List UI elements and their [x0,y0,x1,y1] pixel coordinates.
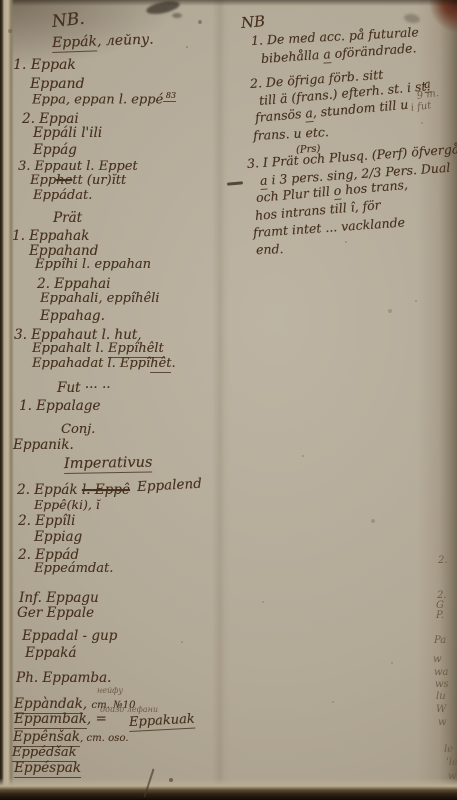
manuscript-line: Eppédšak [12,746,76,760]
manuscript-text: hêt [150,356,171,373]
manuscript-line: P. [436,611,444,622]
page-top-edge [0,0,457,6]
manuscript-text: oförändrade. [330,40,417,61]
manuscript-line: 3. Eppaut l. Eppet [18,160,138,174]
manuscript-line: NB. [51,11,85,32]
manuscript-text: , = [87,711,107,727]
manuscript-text: Ph. Eppamba. [16,670,111,686]
manuscript-line: Epphett (ur)ĭtt [30,174,126,188]
manuscript-text: l. Eppê [82,482,130,498]
manuscript-line: 1. Eppak [13,58,76,73]
manuscript-text: 1. Eppalage [19,398,100,414]
manuscript-line: 2. Eppahai [37,277,110,291]
manuscript-text: доизо лефани [100,705,158,714]
manuscript-line: Eppák, лейпу. [52,32,154,50]
manuscript-line: Ph. Eppamba. [16,671,111,685]
center-fold [212,0,230,800]
manuscript-text: Fut ··· ·· [57,380,111,396]
manuscript-text: NB [240,12,266,32]
manuscript-line: 2. [438,556,448,567]
manuscript-text: Eppahalt l. [32,341,108,356]
manuscript-text: Eppahadat l. Eppî [32,356,150,371]
manuscript-line: 1. Eppahak [12,229,89,243]
manuscript-text: Ger Eppale [17,605,94,621]
manuscript-text: 2. Eppîli [18,513,75,529]
manuscript-text: Prät [53,210,82,226]
manuscript-text: 1. Eppahak [12,228,89,244]
manuscript-text: Eppiag [34,529,82,545]
manuscript-line: Fut ··· ·· [57,381,111,395]
manuscript-text: Eppambak [14,711,87,729]
manuscript-line: Eppanik. [13,438,74,452]
manuscript-text: NB. [51,9,86,32]
paper-speckles [0,0,2,2]
manuscript-text: he [56,173,72,188]
manuscript-line: lu [436,692,446,703]
ink-smudge [145,0,181,16]
manuscript-text: lu [436,691,446,702]
manuscript-text: bibehålla [260,47,323,66]
manuscript-line: w [433,655,442,666]
manuscript-line: Eppahalt l. Eppîhêlt [32,342,164,356]
manuscript-line: Eppahag. [40,309,105,323]
manuscript-line: нейфу [97,687,123,695]
manuscript-text: Eppakuak [129,712,196,732]
manuscript-text: Eppê(ki), ĭ [34,497,100,512]
manuscript-text: ws [435,679,449,690]
manuscript-line: le [444,745,453,756]
manuscript-line: i fut [410,101,432,114]
manuscript-text: Eppalend [137,476,203,495]
manuscript-text: Eppîhi l. eppahan [35,257,151,272]
manuscript-line: Eppîhi l. eppahan [35,258,151,272]
manuscript-text: 2. Eppák [17,482,82,498]
manuscript-line: 'le [446,758,457,769]
manuscript-line: Eppênšak, cm. oso. [13,730,128,745]
manuscript-line: NB [240,14,265,32]
ink-smudge [403,13,420,25]
ink-dash [227,181,243,185]
corner-shadow-top-right [429,0,457,32]
manuscript-text: W [436,704,446,715]
manuscript-text: P. [436,610,444,621]
manuscript-text: tt (ur)ĭtt [72,173,126,188]
manuscript-text: Eppand [30,76,84,92]
manuscript-text: Eppadal - gup [22,628,117,644]
manuscript-text: Inf. Eppagu [19,590,99,606]
manuscript-photo: NB.Eppák, лейпу.1. EppakEppandEppa, eppa… [0,0,457,800]
manuscript-line: Eppiag [34,530,82,544]
manuscript-text: Pa [434,635,446,646]
manuscript-line: end. [256,242,284,256]
manuscript-line: Imperativus [64,455,153,472]
manuscript-text: 'le [446,757,457,768]
page-binding-edge [0,0,14,800]
page-bottom-edge [0,778,457,800]
manuscript-text: Eppéspak [14,760,81,778]
pen-stroke-tail [143,768,154,797]
manuscript-text: Eppádat. [33,188,92,203]
manuscript-text: 3. Eppaut l. Eppet [18,159,138,174]
manuscript-line: w [438,718,447,729]
manuscript-line: Eppádat. [33,189,92,203]
manuscript-text: wa [434,667,449,678]
manuscript-text: Eppág [33,142,77,158]
manuscript-line: Eppê(ki), ĭ [34,498,100,511]
manuscript-text: Eppaká [25,645,76,661]
manuscript-text: Eppahag. [40,308,105,324]
manuscript-line: Ger Eppale [17,606,94,620]
manuscript-line: Eppahadat l. Eppîhêt. [32,357,176,371]
manuscript-line: Eppadal - gup [22,629,117,643]
manuscript-line: frans. u etc. [253,125,329,142]
manuscript-line: 2. Eppák l. Eppê [17,483,130,497]
manuscript-text: w [438,717,447,728]
manuscript-text: , cm. oso. [80,733,129,744]
manuscript-line: Eppaká [25,646,76,660]
manuscript-text: Eppák [52,33,98,53]
manuscript-text: fransös [254,106,306,125]
manuscript-text: Eppáli l'ili [33,125,102,141]
manuscript-text: end. [256,241,284,257]
manuscript-text: 83 [163,91,176,102]
manuscript-line: Eppakuak [129,713,195,730]
manuscript-line: Eppeámdat. [34,562,113,576]
manuscript-line: Eppand [30,77,84,92]
manuscript-line: 1. Eppalage [19,399,100,413]
manuscript-line: ws [435,680,449,691]
manuscript-line: Eppéspak [14,761,81,775]
manuscript-line: Pa [434,636,446,647]
manuscript-line: wa [434,668,449,679]
manuscript-text: Eppanik. [13,437,74,453]
manuscript-text: Epp [30,173,56,188]
manuscript-text: 2. Eppahai [37,276,110,292]
manuscript-text: нейфу [97,686,123,695]
manuscript-text: w [448,771,457,782]
manuscript-line: Eppa, eppan l. eppé 83 [32,92,176,107]
manuscript-line: Eppalend [137,477,202,495]
manuscript-text: le [444,744,453,755]
manuscript-text: w [433,654,442,665]
manuscript-line: Conj. [61,423,95,437]
manuscript-line: Eppáli l'ili [33,126,102,140]
manuscript-text: Imperativus [64,454,153,474]
manuscript-text: Eppeámdat. [34,561,113,576]
manuscript-line: Eppág [33,143,77,157]
manuscript-text: , лейпу. [97,31,154,49]
manuscript-text: i fut [410,100,432,114]
manuscript-text: Eppahali, eppîhêli [40,291,159,306]
manuscript-line: Eppahali, eppîhêli [40,292,159,306]
manuscript-text: Conj. [61,422,95,437]
manuscript-line: 2. Eppîli [18,514,75,528]
manuscript-text: . [171,356,175,371]
manuscript-text: 2. [438,555,448,566]
manuscript-line: Inf. Eppagu [19,591,99,605]
manuscript-text: Eppa, eppan l. eppé [32,92,163,107]
manuscript-text: frans. u etc. [253,124,330,143]
manuscript-text: 1. Eppak [13,57,76,73]
manuscript-line: Prät [53,211,82,225]
manuscript-line: w [448,772,457,783]
manuscript-line: Eppambak, = [14,712,107,726]
manuscript-line: W [436,705,446,716]
ink-smudge [172,13,182,18]
